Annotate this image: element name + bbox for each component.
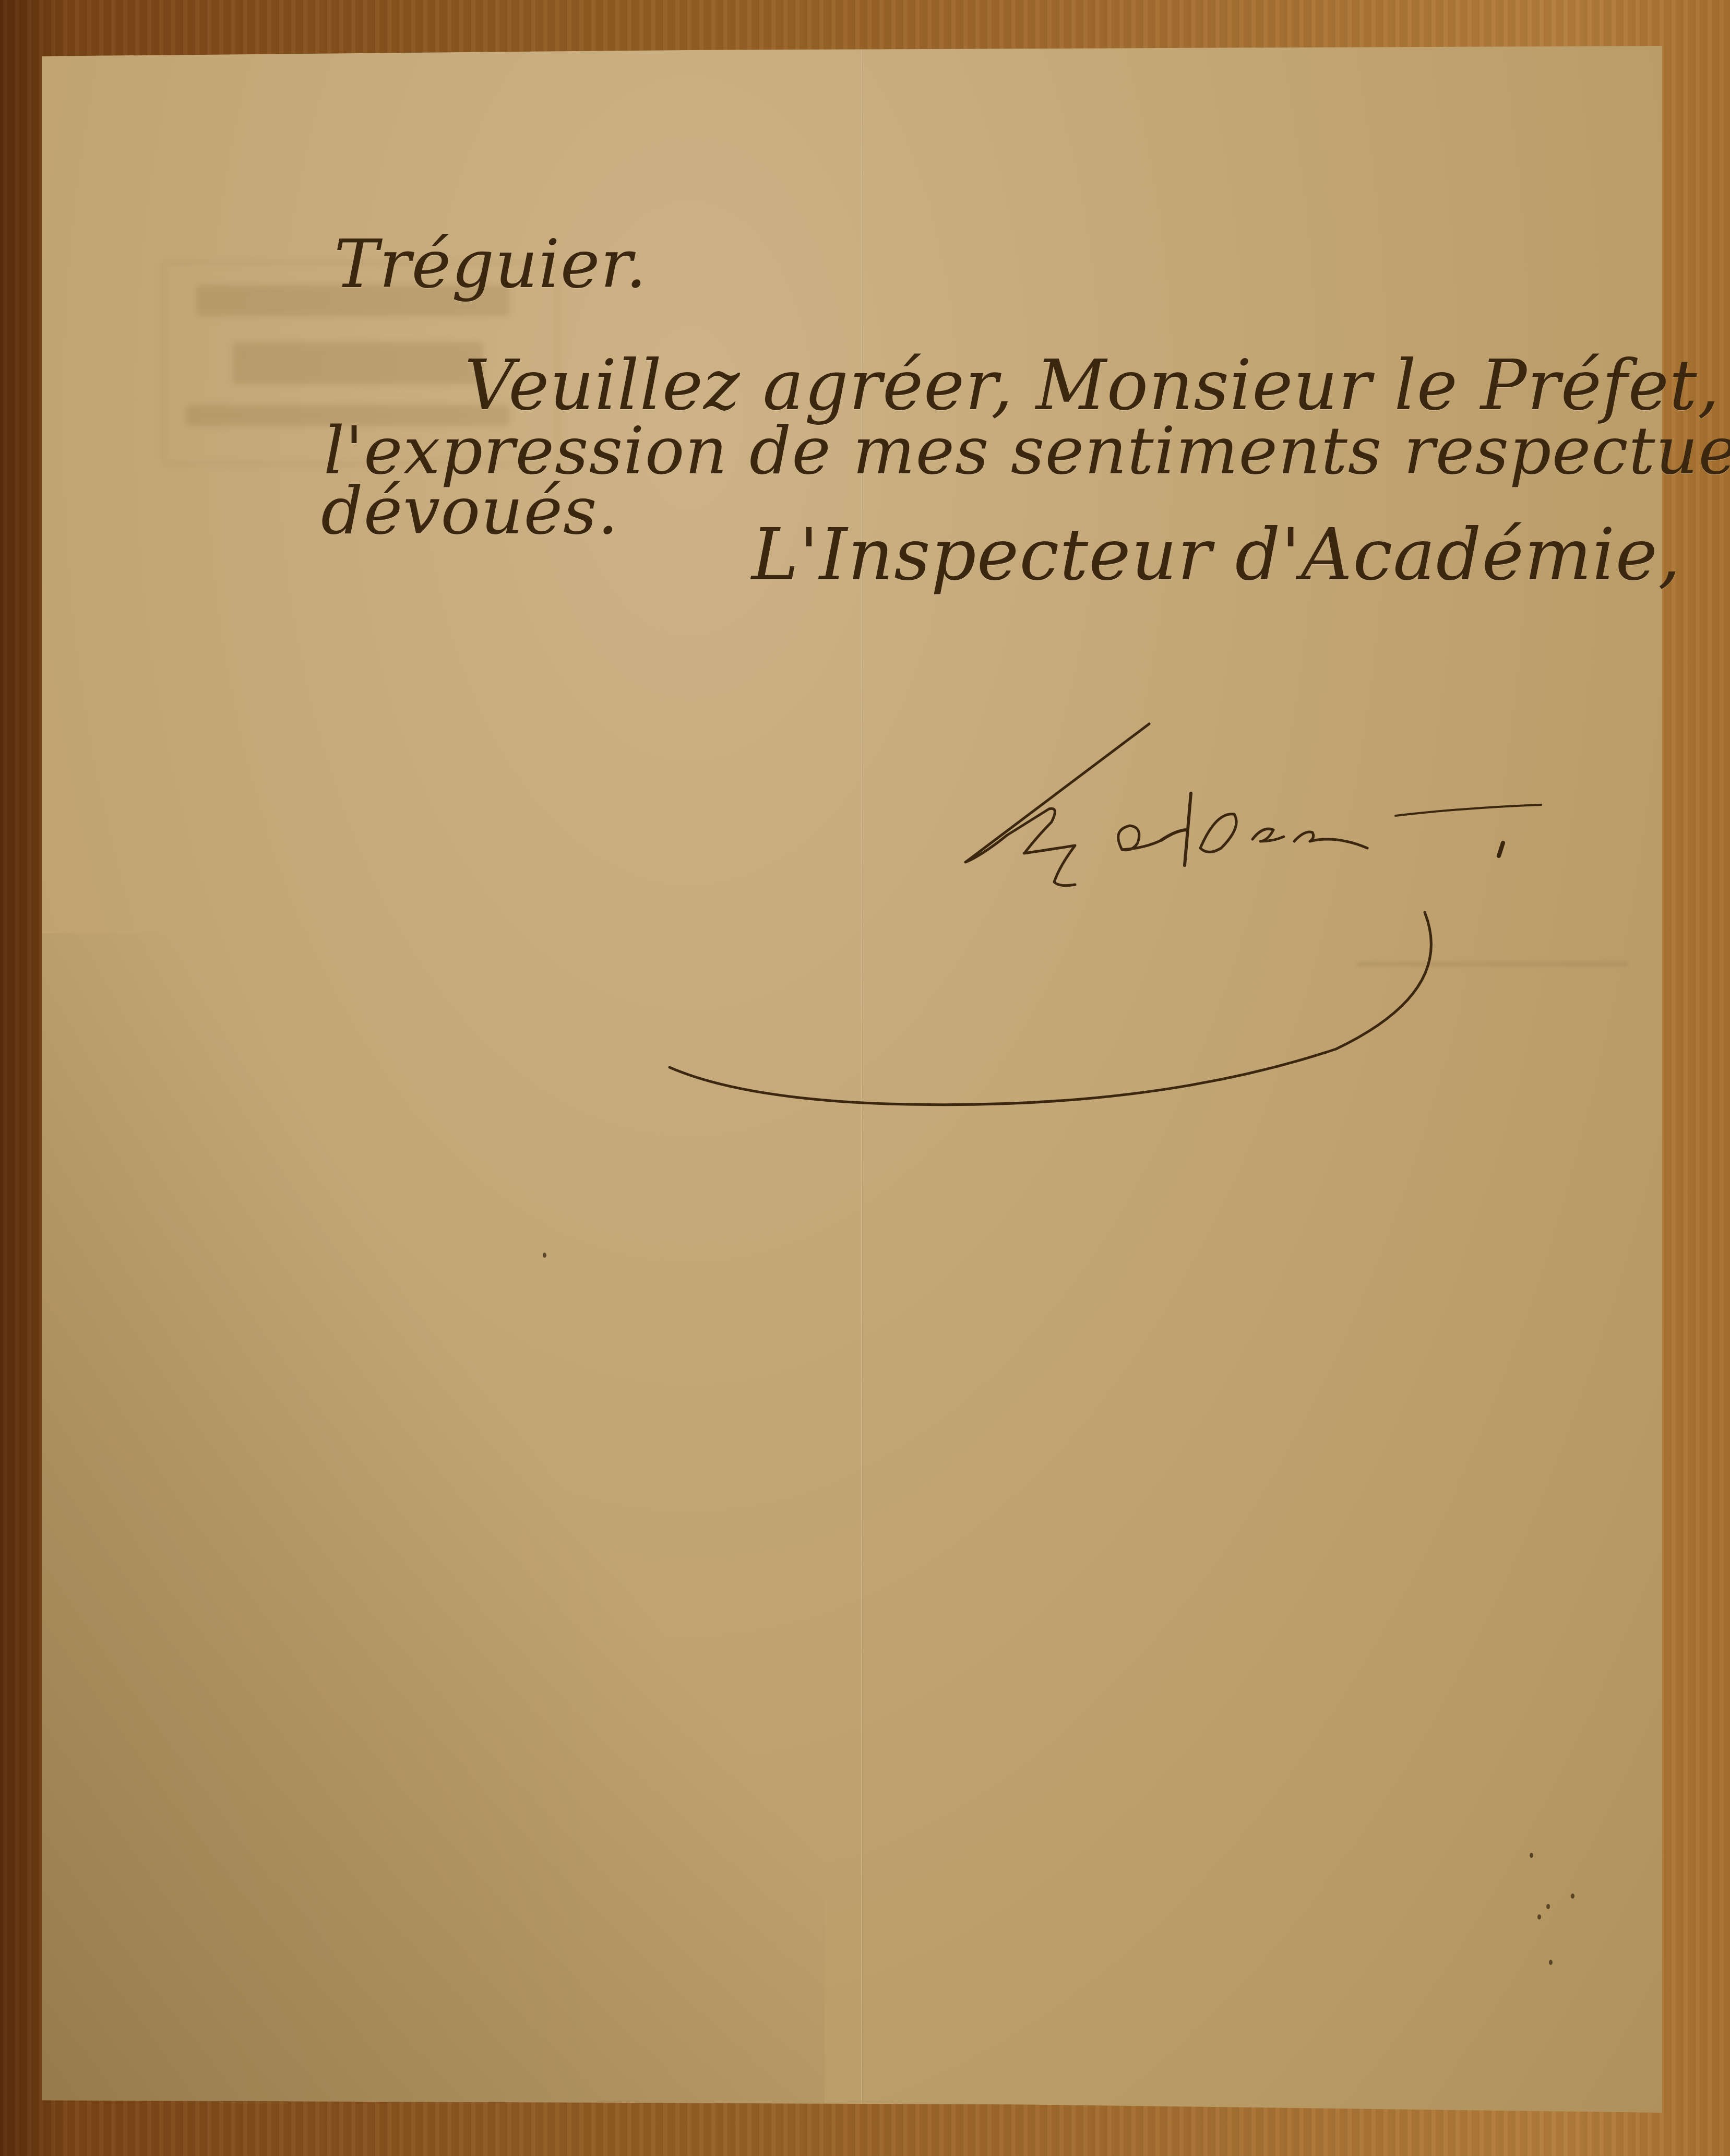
ink-speck [1546,1904,1550,1909]
ink-speck [1571,1893,1574,1899]
ink-speck [1549,1960,1553,1965]
signatory-title: L'Inspecteur d'Académie, [751,514,1681,597]
ink-speck [1537,1914,1541,1920]
paper-shadow [42,933,825,2113]
closing-line-3: dévoués. [321,472,619,549]
ink-speck [543,1253,546,1258]
place-line: Tréguier. [334,225,647,303]
bleed-through-rule [1357,962,1628,966]
ink-speck [1530,1853,1533,1858]
